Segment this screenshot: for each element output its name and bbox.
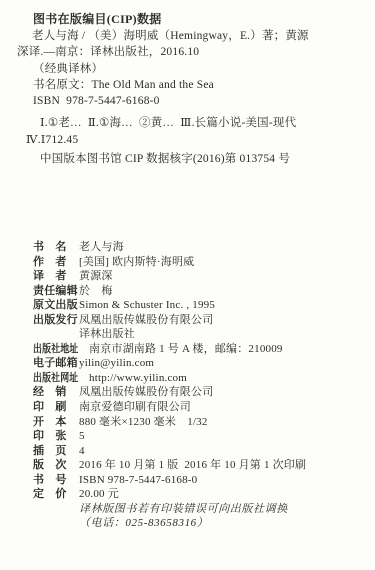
colophon-row-distributor: 经 销 凤凰出版传媒股份有限公司 <box>33 385 371 400</box>
field-label: 经 销 <box>33 385 79 400</box>
field-value: 凤凰出版传媒股份有限公司 <box>79 385 371 400</box>
field-label: 定 价 <box>33 487 79 502</box>
field-label <box>33 516 79 531</box>
cip-isbn-line: ISBN 978-7-5447-6168-0 <box>33 93 375 109</box>
colophon-row-email: 电子邮箱 yilin@yilin.com <box>33 356 371 371</box>
field-label: 原文出版 <box>33 298 79 313</box>
field-label: 插 页 <box>33 444 79 459</box>
field-label: 出版发行 <box>33 313 79 328</box>
cip-block: 图书在版编目(CIP)数据 老人与海 / （美）海明威（Hemingway，E.… <box>0 11 375 167</box>
field-label <box>33 327 79 342</box>
colophon-row-website: 出版社网址 http://www.yilin.com <box>33 371 371 386</box>
field-value: 5 <box>79 429 371 444</box>
colophon-row-exchange-note: 译林版图书若有印装错误可向出版社调换 <box>33 502 371 517</box>
cip-title-line: 老人与海 / （美）海明威（Hemingway，E.）著；黄源 <box>32 28 375 44</box>
colophon-row-price: 定 价 20.00 元 <box>33 487 371 502</box>
colophon-row-title: 书 名 老人与海 <box>33 240 371 255</box>
cip-classification-line2: Ⅳ.Ⅰ712.45 <box>26 132 375 148</box>
field-value: 4 <box>79 444 371 459</box>
field-label: 译 者 <box>33 269 79 284</box>
field-value: （电话：025-83658316） <box>79 516 371 531</box>
cip-original-title-line: 书名原文：The Old Man and the Sea <box>33 77 375 93</box>
field-label: 书 号 <box>33 473 79 488</box>
field-value: yilin@yilin.com <box>79 356 371 371</box>
field-label: 出版社地址 <box>33 342 89 357</box>
colophon-row-translator: 译 者 黄源深 <box>33 269 371 284</box>
copyright-page: 图书在版编目(CIP)数据 老人与海 / （美）海明威（Hemingway，E.… <box>0 0 375 570</box>
cip-classification-line: Ⅰ.①老… Ⅱ.①海… ②黄… Ⅲ.长篇小说-美国-现代 <box>40 115 375 131</box>
colophon-row-editor: 责任编辑 於 梅 <box>33 284 371 299</box>
colophon-row-author: 作 者 [美国] 欧内斯特·海明威 <box>33 255 371 270</box>
field-value: 老人与海 <box>79 240 371 255</box>
colophon-row-publisher: 出版发行 凤凰出版传媒股份有限公司 <box>33 313 371 328</box>
colophon-row-original-publisher: 原文出版 Simon & Schuster Inc. , 1995 <box>33 298 371 313</box>
field-label: 开 本 <box>33 415 79 430</box>
field-label: 责任编辑 <box>33 284 79 299</box>
colophon-row-address: 出版社地址 南京市湖南路 1 号 A 楼，邮编：210009 <box>33 342 371 357</box>
field-value: Simon & Schuster Inc. , 1995 <box>79 298 371 313</box>
field-value: 译林版图书若有印装错误可向出版社调换 <box>79 502 371 517</box>
field-label: 书 名 <box>33 240 79 255</box>
cip-registry-line: 中国版本图书馆 CIP 数据核字(2016)第 013754 号 <box>40 151 375 167</box>
field-value: ISBN 978-7-5447-6168-0 <box>79 473 371 488</box>
colophon-row-publisher2: 译林出版社 <box>33 327 371 342</box>
field-label: 电子邮箱 <box>33 356 79 371</box>
cip-series-line: （经典译林） <box>33 61 375 77</box>
field-value: 於 梅 <box>79 284 371 299</box>
field-value: 20.00 元 <box>79 487 371 502</box>
colophon-row-format: 开 本 880 毫米×1230 毫米 1/32 <box>33 415 371 430</box>
field-value: 南京市湖南路 1 号 A 楼，邮编：210009 <box>89 342 371 357</box>
colophon-row-edition: 版 次 2016 年 10 月第 1 版 2016 年 10 月第 1 次印刷 <box>33 458 371 473</box>
field-value: http://www.yilin.com <box>89 371 371 386</box>
field-label: 出版社网址 <box>33 371 89 386</box>
colophon-row-sheets: 印 张 5 <box>33 429 371 444</box>
field-value: 880 毫米×1230 毫米 1/32 <box>79 415 371 430</box>
field-label: 版 次 <box>33 458 79 473</box>
field-label <box>33 502 79 517</box>
colophon-row-inserts: 插 页 4 <box>33 444 371 459</box>
field-value: 南京爱德印刷有限公司 <box>79 400 371 415</box>
cip-publisher-line: 深译.—南京：译林出版社，2016.10 <box>17 44 375 60</box>
field-label: 作 者 <box>33 255 79 270</box>
field-value: 凤凰出版传媒股份有限公司 <box>79 313 371 328</box>
field-value: [美国] 欧内斯特·海明威 <box>79 255 371 270</box>
colophon-table: 书 名 老人与海 作 者 [美国] 欧内斯特·海明威 译 者 黄源深 责任编辑 … <box>33 240 371 531</box>
cip-heading: 图书在版编目(CIP)数据 <box>33 11 375 28</box>
field-label: 印 张 <box>33 429 79 444</box>
colophon-row-isbn: 书 号 ISBN 978-7-5447-6168-0 <box>33 473 371 488</box>
colophon-row-printer: 印 刷 南京爱德印刷有限公司 <box>33 400 371 415</box>
field-value: 黄源深 <box>79 269 371 284</box>
field-value: 2016 年 10 月第 1 版 2016 年 10 月第 1 次印刷 <box>79 458 371 473</box>
field-label: 印 刷 <box>33 400 79 415</box>
colophon-row-phone: （电话：025-83658316） <box>33 516 371 531</box>
field-value: 译林出版社 <box>79 327 371 342</box>
